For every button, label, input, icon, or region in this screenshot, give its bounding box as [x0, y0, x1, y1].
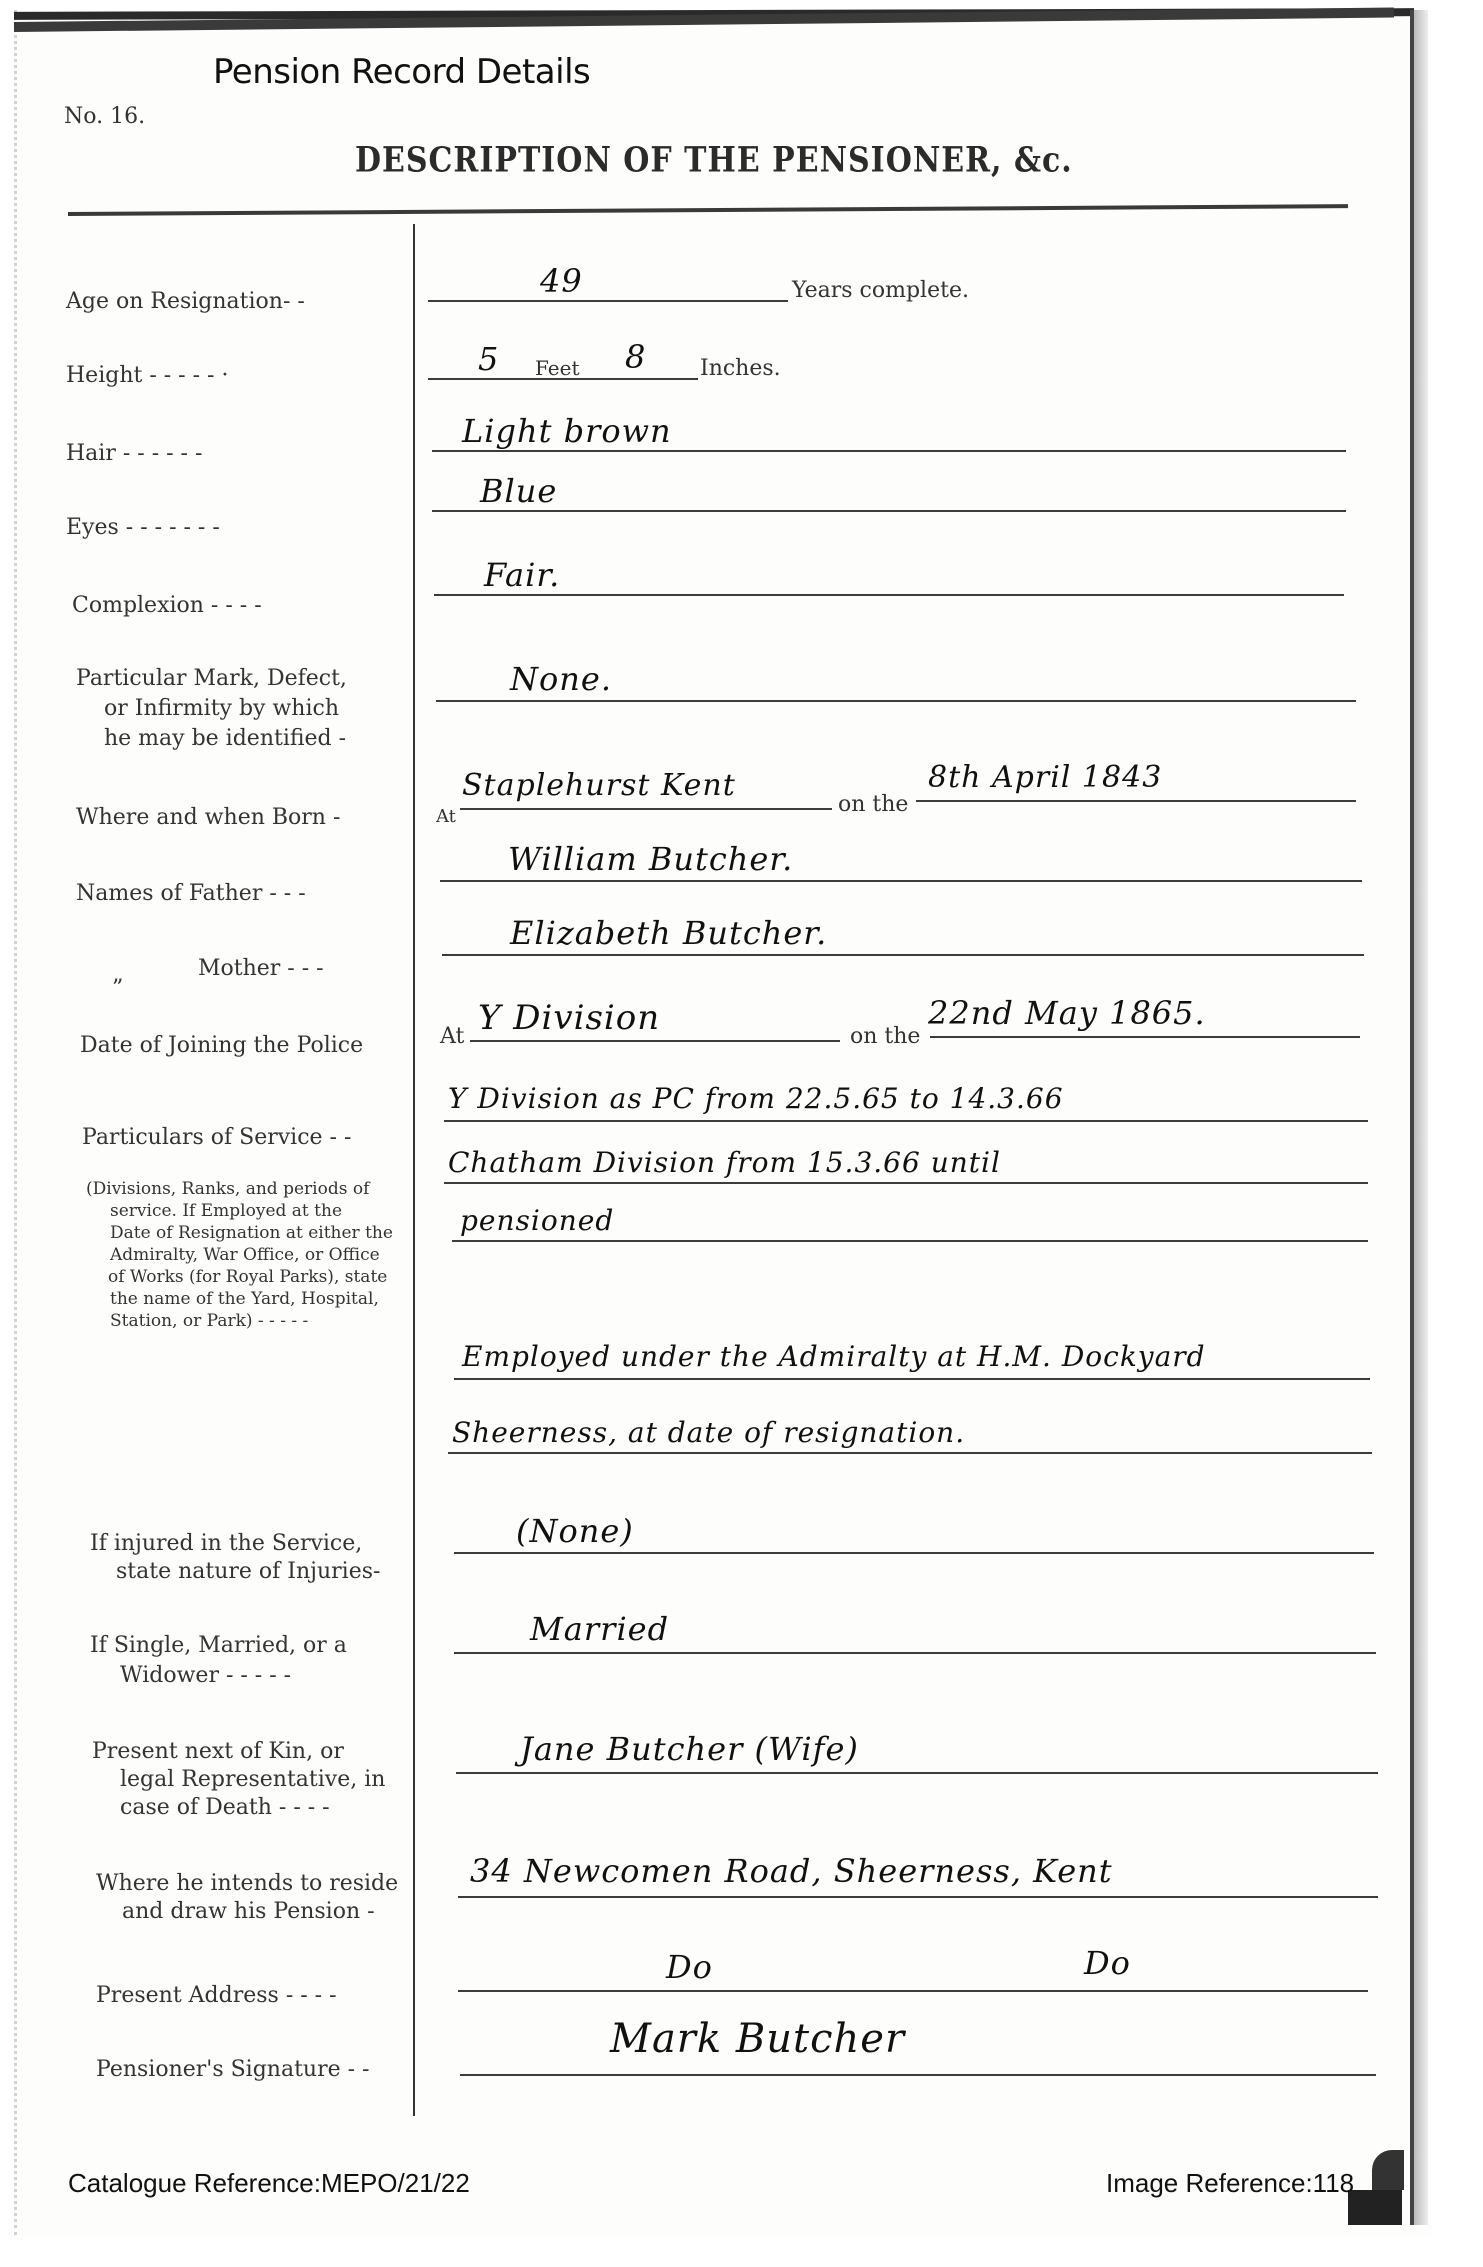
label-reside-1: Where he intends to reside: [96, 1870, 398, 1899]
marks-line: [436, 700, 1356, 702]
age-value: 49: [540, 262, 583, 300]
born-prefix: At: [436, 806, 456, 827]
label-reside-2: and draw his Pension -: [122, 1898, 375, 1927]
joining-prefix: At: [440, 1024, 464, 1049]
label-mother-ditto: ”: [112, 975, 123, 1004]
born-on-label: on the: [838, 792, 908, 817]
joining-date: 22nd May 1865.: [928, 994, 1206, 1032]
label-marks-1: Particular Mark, Defect,: [76, 665, 347, 694]
label-signature: Pensioner's Signature - -: [96, 2056, 370, 2085]
complexion-value: Fair.: [484, 556, 560, 594]
image-reference: Image Reference:118: [1106, 2168, 1354, 2199]
kin-line: [456, 1772, 1378, 1774]
form-number: No. 16.: [64, 104, 145, 129]
injuries-line: [454, 1552, 1374, 1554]
label-mother: Mother - - -: [198, 955, 324, 984]
scan-corner-shadow: [1372, 2150, 1404, 2190]
mother-value: Elizabeth Butcher.: [510, 914, 827, 952]
joining-date-line: [930, 1036, 1360, 1038]
reside-value: 34 Newcomen Road, Sheerness, Kent: [470, 1852, 1113, 1890]
injuries-value: (None): [516, 1512, 634, 1550]
service-text-2: Chatham Division from 15.3.66 until: [448, 1146, 1001, 1179]
service-note-3: Date of Resignation at either the: [110, 1222, 393, 1244]
label-age: Age on Resignation- -: [66, 288, 305, 317]
label-marks-3: he may be identified -: [104, 725, 346, 754]
service-note-6: the name of the Yard, Hospital,: [110, 1288, 379, 1310]
born-date: 8th April 1843: [928, 760, 1162, 795]
label-kin-3: case of Death - - - -: [120, 1794, 330, 1823]
scan-edge-right-shadow: [1414, 10, 1428, 2225]
label-height: Height - - - - - ·: [66, 362, 228, 391]
eyes-line: [432, 510, 1346, 512]
column-divider: [413, 224, 415, 2116]
label-hair: Hair - - - - - -: [66, 440, 202, 469]
service-line-2: [444, 1182, 1368, 1184]
catalogue-reference: Catalogue Reference:MEPO/21/22: [68, 2168, 470, 2199]
service-text-4: Employed under the Admiralty at H.M. Doc…: [462, 1340, 1206, 1373]
height-inches-value: 8: [625, 338, 646, 376]
signature-value: Mark Butcher: [610, 2016, 905, 2062]
service-line-5: [448, 1452, 1372, 1454]
label-marks-2: or Infirmity by which: [104, 695, 339, 724]
height-feet-label: Feet: [535, 356, 580, 380]
age-line: [428, 300, 788, 302]
label-eyes: Eyes - - - - - - -: [66, 514, 220, 543]
service-text-5: Sheerness, at date of resignation.: [452, 1416, 965, 1449]
joining-on-label: on the: [850, 1024, 920, 1049]
hair-line: [432, 450, 1346, 452]
label-marital-1: If Single, Married, or a: [90, 1632, 347, 1661]
service-line-3: [452, 1240, 1368, 1242]
born-place-line: [460, 808, 832, 810]
label-father: Names of Father - - -: [76, 880, 306, 909]
mother-line: [442, 954, 1364, 956]
label-present-address: Present Address - - - -: [96, 1982, 337, 2011]
height-inches-label: Inches.: [700, 356, 781, 381]
eyes-value: Blue: [480, 472, 557, 510]
scan-corner-block: [1348, 2190, 1402, 2225]
label-marital-2: Widower - - - - -: [120, 1662, 291, 1691]
reside-line: [458, 1896, 1378, 1898]
label-kin-1: Present next of Kin, or: [92, 1738, 344, 1767]
service-note-2: service. If Employed at the: [110, 1200, 342, 1222]
born-place: Staplehurst Kent: [462, 768, 736, 803]
born-date-line: [916, 800, 1356, 802]
label-service: Particulars of Service - -: [82, 1124, 351, 1153]
service-line-4: [454, 1378, 1370, 1380]
scan-edge-right: [1410, 10, 1414, 2225]
form-heading: DESCRIPTION OF THE PENSIONER, &c.: [355, 140, 1073, 180]
joining-place-line: [470, 1040, 840, 1042]
hair-value: Light brown: [462, 412, 672, 450]
service-note-7: Station, or Park) - - - - -: [110, 1310, 308, 1332]
signature-line: [460, 2074, 1376, 2076]
service-note-4: Admiralty, War Office, or Office: [110, 1244, 380, 1266]
joining-place: Y Division: [478, 998, 660, 1038]
service-note-1: (Divisions, Ranks, and periods of: [86, 1178, 369, 1200]
label-joining: Date of Joining the Police: [80, 1032, 363, 1061]
marital-line: [454, 1652, 1376, 1654]
marital-value: Married: [530, 1610, 669, 1648]
present-address-line: [458, 1990, 1368, 1992]
service-line-1: [444, 1120, 1368, 1122]
father-line: [440, 880, 1362, 882]
height-feet-value: 5: [478, 340, 499, 378]
service-text-1: Y Division as PC from 22.5.65 to 14.3.66: [448, 1082, 1064, 1115]
label-kin-2: legal Representative, in: [120, 1766, 385, 1795]
father-value: William Butcher.: [508, 840, 793, 878]
label-born: Where and when Born -: [76, 804, 340, 833]
present-address-value-1: Do: [666, 1948, 713, 1986]
overlay-title: Pension Record Details: [213, 52, 590, 92]
label-injuries-1: If injured in the Service,: [90, 1530, 362, 1559]
marks-value: None.: [510, 660, 612, 698]
present-address-value-2: Do: [1084, 1944, 1131, 1982]
service-note-5: of Works (for Royal Parks), state: [108, 1266, 387, 1288]
kin-value: Jane Butcher (Wife): [520, 1730, 859, 1768]
label-injuries-2: state nature of Injuries-: [116, 1558, 380, 1587]
age-suffix: Years complete.: [792, 278, 969, 303]
complexion-line: [434, 594, 1344, 596]
service-text-3: pensioned: [460, 1204, 614, 1237]
label-complexion: Complexion - - - -: [72, 592, 262, 621]
